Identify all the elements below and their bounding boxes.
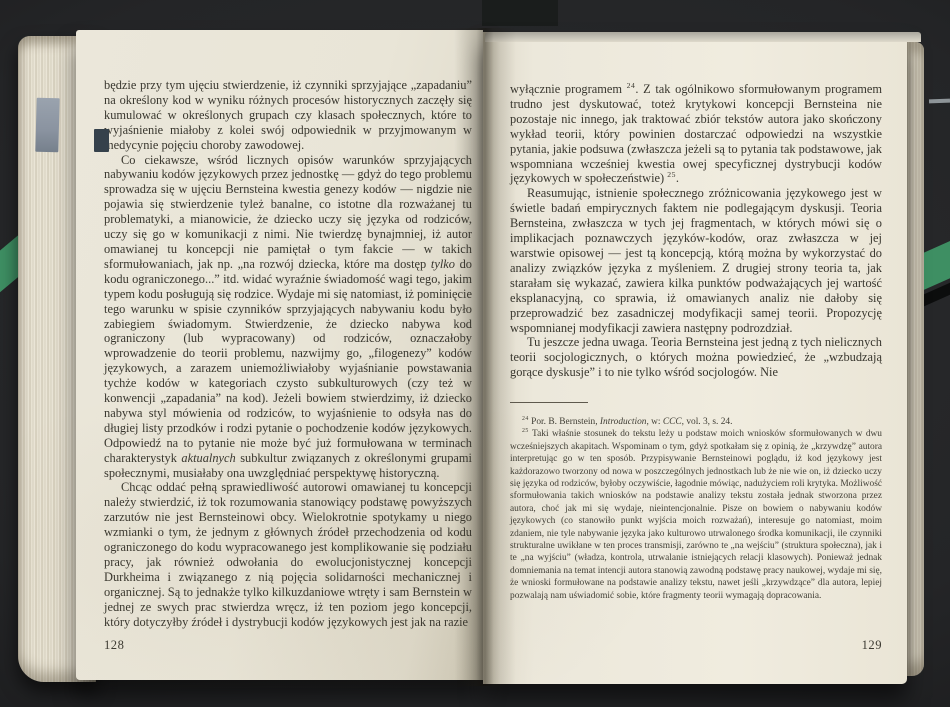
footnote-marker: 25 [667,170,676,179]
text-run: Por. B. Bernstein, [529,417,600,427]
footnote-list: 24 Por. B. Bernstein, Introduction, w: C… [510,416,882,602]
emphasis-text: aktualnych [181,451,235,465]
text-run: Taki właśnie stosunek do tekstu leży u p… [510,429,882,600]
paragraph: 25 Taki właśnie stosunek do tekstu leży … [510,428,882,602]
text-run: Tu jeszcze jedna uwaga. Teoria Bernstein… [510,335,882,379]
emphasis-text: Introduction [600,417,647,427]
book-spread: będzie przy tym ujęciu stwierdzenie, iż … [18,28,924,688]
footnote-divider [510,402,588,403]
paragraph: Reasumując, istnienie społecznego zróżni… [510,186,882,335]
text-run: . Z tak ogólnikowo sformułowanym program… [510,82,882,185]
page-edges-right [907,42,924,676]
paragraph: 24 Por. B. Bernstein, Introduction, w: C… [510,416,882,428]
slate-chip [94,129,109,152]
emphasis-text: tylko [431,257,455,271]
text-run: . [676,171,679,185]
background-shadow-chip [482,0,558,26]
paragraph: Co ciekawsze, wśród licznych opisów waru… [104,153,472,481]
paragraph: Chcąc oddać pełną sprawiedliwość autorow… [104,480,472,629]
grey-tab-bookmark [35,98,59,153]
text-run: Reasumując, istnienie społecznego zróżni… [510,186,882,334]
text-run: , w: [646,417,662,427]
left-page-number: 128 [104,638,124,653]
footnote-marker: 25 [522,428,529,434]
footnote-marker: 24 [522,416,529,422]
right-page-number: 129 [510,638,882,653]
paragraph: wyłącznie programem 24. Z tak ogólnikowo… [510,82,882,186]
emphasis-text: CCC [663,417,682,427]
text-run: do kodu ograniczonego...” itd. widać wyr… [104,257,472,465]
right-page-footnotes: 24 Por. B. Bernstein, Introduction, w: C… [510,402,882,602]
paragraph: Tu jeszcze jedna uwaga. Teoria Bernstein… [510,335,882,380]
paragraph: będzie przy tym ujęciu stwierdzenie, iż … [104,78,472,153]
top-fore-edge [485,32,921,42]
grey-line-right [929,99,950,104]
text-run: będzie przy tym ujęciu stwierdzenie, iż … [104,78,472,152]
text-run: wyłącznie programem [510,82,627,96]
left-page-body-text: będzie przy tym ujęciu stwierdzenie, iż … [104,78,472,630]
text-run: , vol. 3, s. 24. [682,417,733,427]
right-page-body-text: wyłącznie programem 24. Z tak ogólnikowo… [510,82,882,380]
text-run: Chcąc oddać pełną sprawiedliwość autorow… [104,480,472,628]
photo-background: będzie przy tym ujęciu stwierdzenie, iż … [0,0,950,707]
text-run: Co ciekawsze, wśród licznych opisów waru… [104,153,472,271]
